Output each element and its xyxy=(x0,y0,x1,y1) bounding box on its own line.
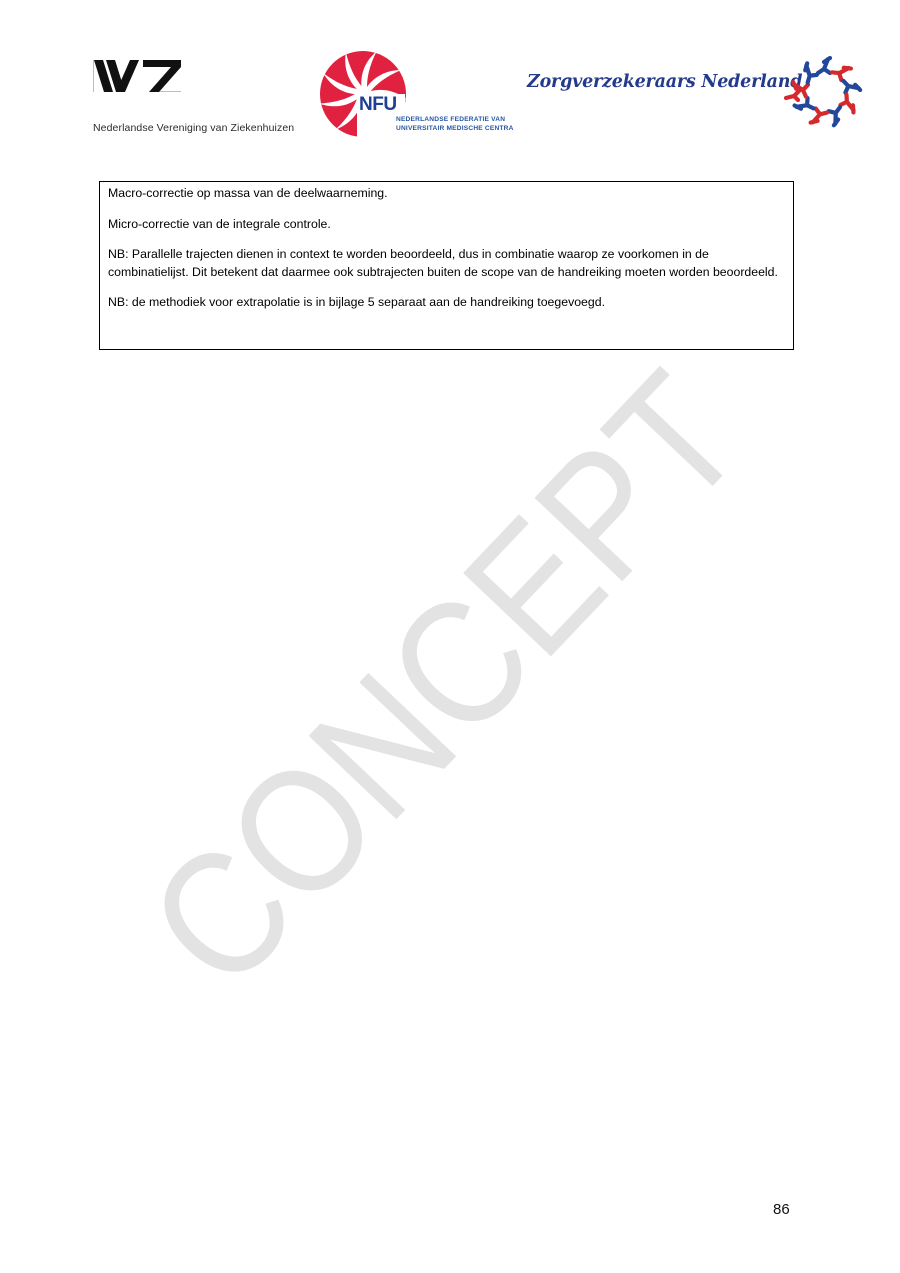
nfu-logo-line-1: NEDERLANDSE FEDERATIE VAN xyxy=(396,116,505,123)
micro-correction-text: Micro-correctie van de integrale control… xyxy=(108,215,785,233)
zn-running-figures-icon xyxy=(784,56,866,128)
macro-correction-text: Macro-correctie op massa van de deelwaar… xyxy=(108,184,785,202)
nvz-logo-mark xyxy=(93,60,183,92)
page-number: 86 xyxy=(773,1201,790,1218)
nfu-logo-mark: NFU xyxy=(359,94,397,116)
svg-text:CONCEPT: CONCEPT xyxy=(113,338,778,1024)
extrapolation-note: NB: de methodiek voor extrapolatie is in… xyxy=(108,293,785,311)
nfu-logo-line-2: UNIVERSITAIR MEDISCHE CENTRA xyxy=(396,125,514,132)
zn-logo: Zorgverzekeraars Nederland xyxy=(527,60,867,130)
zn-logo-name: Zorgverzekeraars Nederland xyxy=(527,72,802,92)
parallel-trajectories-note: NB: Parallelle trajecten dienen in conte… xyxy=(108,245,785,281)
notes-box: Macro-correctie op massa van de deelwaar… xyxy=(99,181,794,350)
nfu-logo: NFU NEDERLANDSE FEDERATIE VAN UNIVERSITA… xyxy=(318,48,528,140)
nvz-logo: Nederlandse Vereniging van Ziekenhuizen xyxy=(93,60,313,140)
nvz-logo-caption: Nederlandse Vereniging van Ziekenhuizen xyxy=(93,122,294,134)
